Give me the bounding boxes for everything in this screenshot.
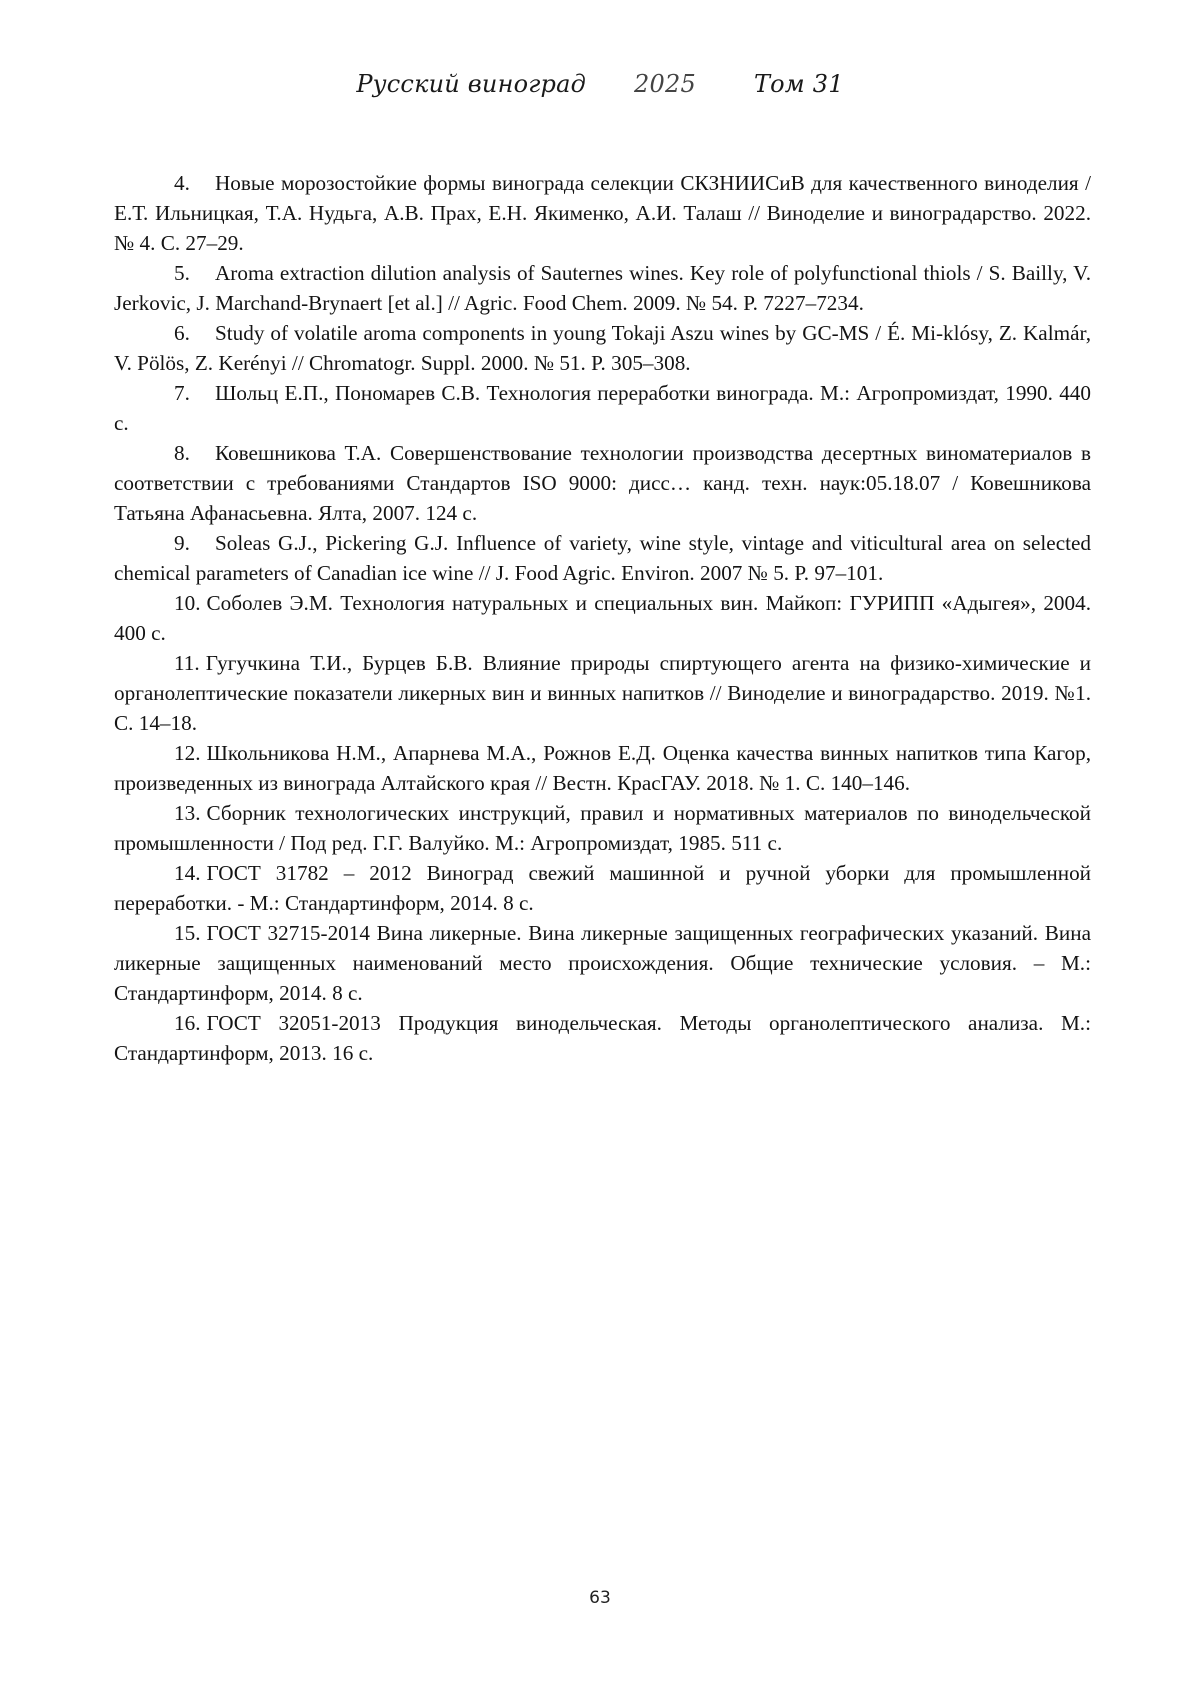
reference-text: Соболев Э.М. Технология натуральных и сп… (114, 591, 1091, 645)
reference-text: Сборник технологических инструкций, прав… (114, 801, 1091, 855)
reference-text: ГОСТ 32051-2013 Продукция винодельческая… (114, 1011, 1091, 1065)
reference-text: Новые морозостойкие формы винограда селе… (114, 171, 1091, 255)
reference-item: 8.Ковешникова Т.А. Совершенствование тех… (114, 438, 1091, 528)
reference-number: 7. (174, 378, 215, 408)
reference-number: 14. (174, 858, 200, 888)
reference-text: Ковешникова Т.А. Совершенствование техно… (114, 441, 1091, 525)
reference-item: 13.Сборник технологических инструкций, п… (114, 798, 1091, 858)
reference-number: 10. (174, 588, 200, 618)
reference-text: Школьникова Н.М., Апарнева М.А., Рожнов … (114, 741, 1091, 795)
reference-item: 6.Study of volatile aroma components in … (114, 318, 1091, 378)
reference-text: Шольц Е.П., Пономарев С.В. Технология пе… (114, 381, 1091, 435)
reference-item: 10.Соболев Э.М. Технология натуральных и… (114, 588, 1091, 648)
reference-item: 5.Aroma extraction dilution analysis of … (114, 258, 1091, 318)
reference-item: 7.Шольц Е.П., Пономарев С.В. Технология … (114, 378, 1091, 438)
reference-text: Study of volatile aroma components in yo… (114, 321, 1091, 375)
reference-text: Soleas G.J., Pickering G.J. Influence of… (114, 531, 1091, 585)
reference-item: 11.Гугучкина Т.И., Бурцев Б.В. Влияние п… (114, 648, 1091, 738)
reference-item: 16.ГОСТ 32051-2013 Продукция винодельчес… (114, 1008, 1091, 1068)
reference-text: Aroma extraction dilution analysis of Sa… (114, 261, 1091, 315)
running-header: Русский виноград2025Том 31 (0, 70, 1200, 98)
journal-title: Русский виноград (356, 70, 586, 98)
reference-item: 12.Школьникова Н.М., Апарнева М.А., Рожн… (114, 738, 1091, 798)
reference-item: 14.ГОСТ 31782 – 2012 Виноград свежий маш… (114, 858, 1091, 918)
reference-text: Гугучкина Т.И., Бурцев Б.В. Влияние прир… (114, 651, 1091, 735)
reference-item: 4.Новые морозостойкие формы винограда се… (114, 168, 1091, 258)
reference-number: 6. (174, 318, 215, 348)
reference-number: 9. (174, 528, 215, 558)
journal-year: 2025 (634, 70, 696, 98)
page-number: 63 (0, 1588, 1200, 1608)
reference-number: 11. (174, 648, 200, 678)
journal-volume: Том 31 (754, 70, 844, 98)
reference-number: 12. (174, 738, 200, 768)
reference-number: 5. (174, 258, 215, 288)
reference-number: 15. (174, 918, 200, 948)
reference-number: 8. (174, 438, 215, 468)
reference-text: ГОСТ 32715-2014 Вина ликерные. Вина лике… (114, 921, 1091, 1005)
reference-item: 15.ГОСТ 32715-2014 Вина ликерные. Вина л… (114, 918, 1091, 1008)
reference-number: 4. (174, 168, 215, 198)
reference-item: 9.Soleas G.J., Pickering G.J. Influence … (114, 528, 1091, 588)
reference-number: 13. (174, 798, 200, 828)
reference-list: 4.Новые морозостойкие формы винограда се… (114, 168, 1091, 1068)
reference-number: 16. (174, 1008, 200, 1038)
reference-text: ГОСТ 31782 – 2012 Виноград свежий машинн… (114, 861, 1091, 915)
